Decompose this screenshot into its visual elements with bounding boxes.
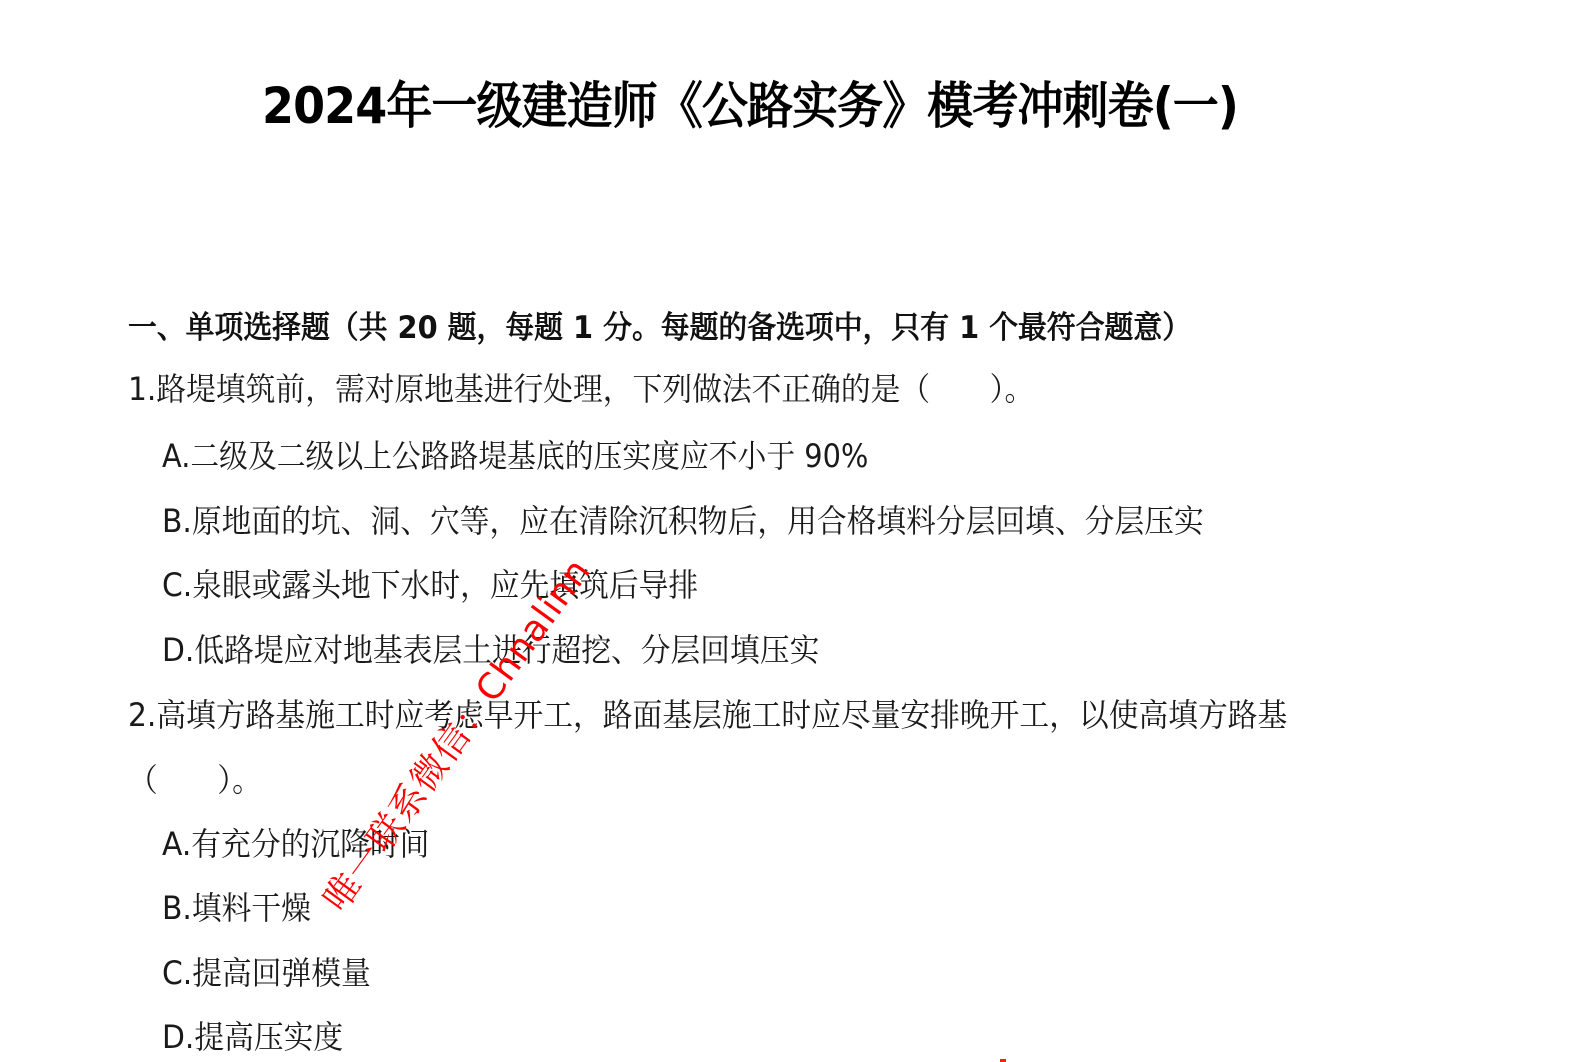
option-c: C.泉眼或露头地下水时，应先填筑后导排 — [162, 561, 698, 609]
option-a: A.二级及二级以上公路路堤基底的压实度应不小于 90% — [162, 432, 868, 480]
option-c: C.提高回弹模量 — [162, 949, 371, 997]
section-heading: 一、单项选择题（共 20 题，每题 1 分。每题的备选项中，只有 1 个最符合题… — [128, 305, 1191, 351]
question-stem: 2.高填方路基施工时应考虑早开工，路面基层施工时应尽量安排晚开工，以使高填方路基 — [128, 691, 1287, 739]
option-d: D.提高压实度 — [162, 1013, 343, 1061]
option-b: B.原地面的坑、洞、穴等，应在清除沉积物后，用合格填料分层回填、分层压实 — [162, 497, 1204, 545]
question-stem: 1.路堤填筑前，需对原地基进行处理，下列做法不正确的是（ ）。 — [128, 365, 1034, 413]
page-title: 2024年一级建造师《公路实务》模考冲刺卷(一) — [262, 66, 1238, 146]
option-b: B.填料干燥 — [162, 884, 311, 932]
question-stem-continued: （ ）。 — [128, 756, 262, 804]
